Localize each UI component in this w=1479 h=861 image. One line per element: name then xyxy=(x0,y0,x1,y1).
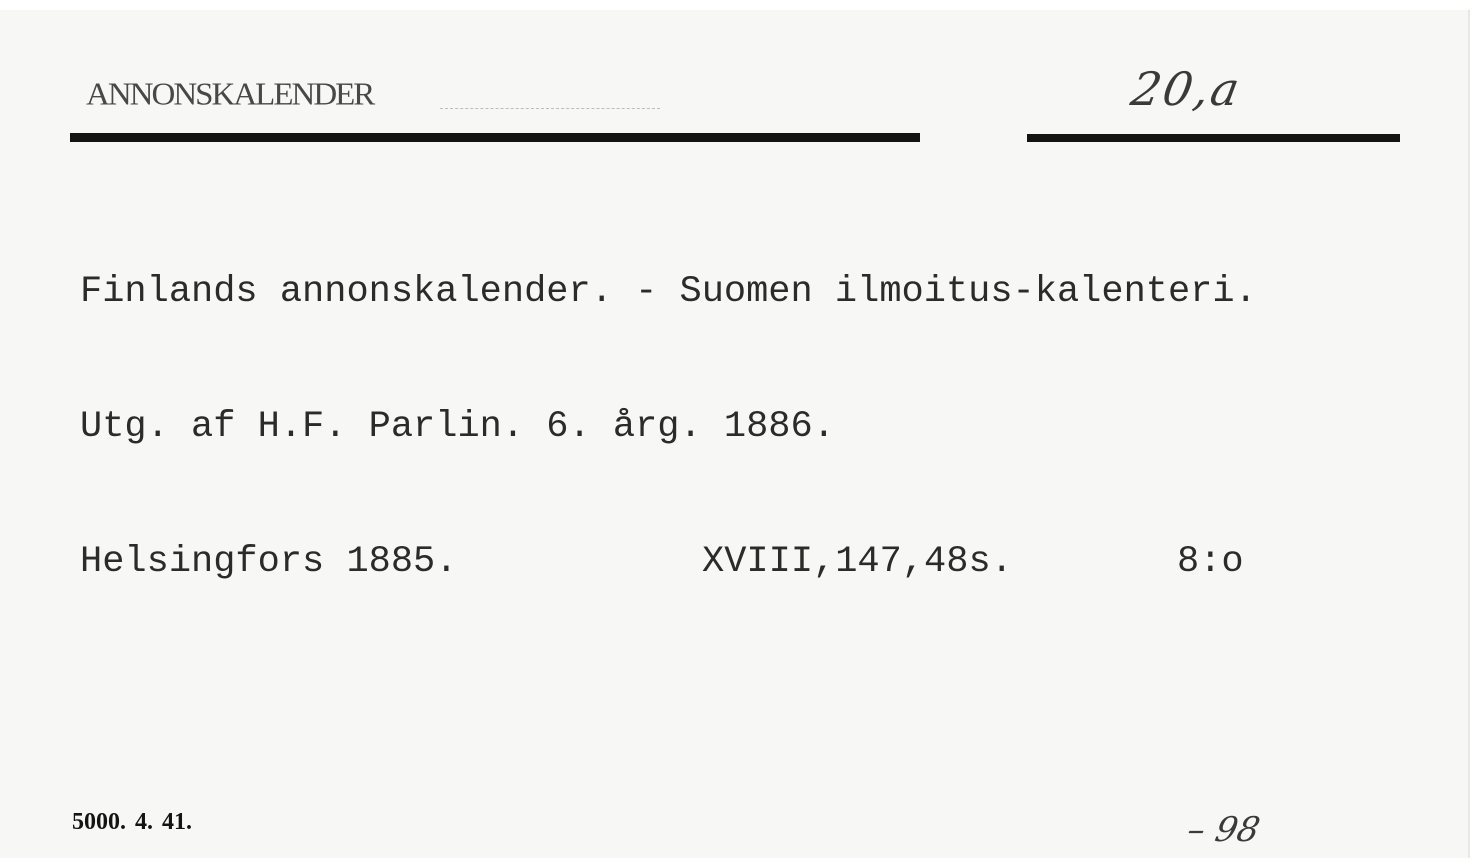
imprint-line: Helsingfors 1885.XVIII,147,48s.8:o xyxy=(80,540,1257,585)
print-run-code: 5000. 4. 41. xyxy=(72,809,192,836)
imprint-format: 8:o xyxy=(1177,541,1244,583)
heading-rule-right xyxy=(1027,134,1400,142)
imprint-place-year: Helsingfors 1885. xyxy=(80,540,702,585)
heading-rule-left xyxy=(70,133,920,142)
edition-line: Utg. af H.F. Parlin. 6. årg. 1886. xyxy=(80,405,1257,450)
card-heading: ANNONSKALENDER xyxy=(86,78,373,113)
shelfmark: 20,a xyxy=(1127,62,1245,116)
imprint-pagination: XVIII,147,48s. xyxy=(702,540,1177,585)
catalog-card: ANNONSKALENDER 20,a Finlands annonskalen… xyxy=(0,10,1470,858)
handwritten-page-note: – 98 xyxy=(1184,810,1264,850)
title-line: Finlands annonskalender. - Suomen ilmoit… xyxy=(80,270,1257,315)
heading-dashed-line xyxy=(440,108,660,109)
card-body: Finlands annonskalender. - Suomen ilmoit… xyxy=(80,180,1257,675)
